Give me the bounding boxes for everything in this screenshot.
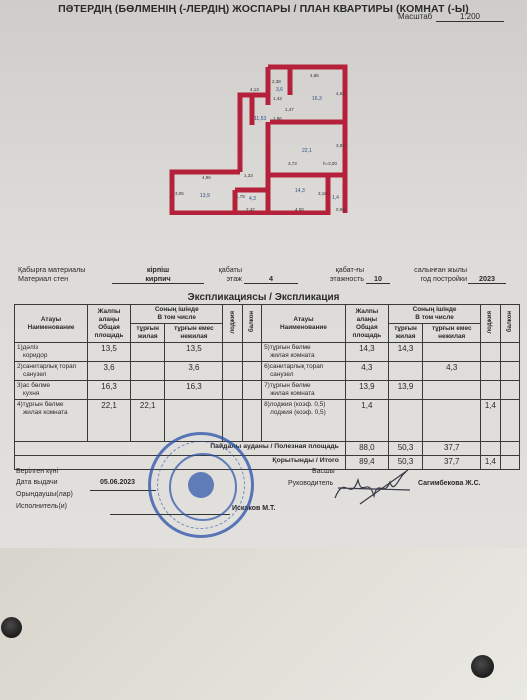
cell-total: 22,1 [88,400,131,442]
floors-value: 10 [366,274,390,284]
cell-balcony [500,381,519,400]
row-name: 1)дәлізкоридор [15,343,88,362]
table-row: 1)дәлізкоридор13,513,55)тұрғын бөлмежила… [15,343,520,362]
cell-living [131,343,165,362]
year-value: 2023 [468,274,506,284]
wall-background [0,548,527,700]
svg-text:14,3: 14,3 [295,188,305,194]
svg-text:h=3,00: h=3,00 [323,161,337,166]
cell-total: 16,3 [88,381,131,400]
stamp-emblem [188,472,214,498]
svg-text:1,43: 1,43 [273,96,282,101]
svg-text:4,96: 4,96 [202,175,211,180]
cell-nonliving: 4,3 [423,362,481,381]
cell-loggia [481,381,500,400]
table-row: 3)ас бөлмекухня16,316,37)тұрғын бөлмежил… [15,381,520,400]
floor-value: 4 [244,274,298,284]
official-stamp [148,432,254,538]
date-underline [90,490,156,491]
cell-loggia: 1,4 [481,400,500,442]
svg-text:3,05: 3,05 [175,191,184,196]
cell-total: 1,4 [345,400,388,442]
loggia-header: лоджия [223,305,242,343]
executor-label-kz: Орындаушы(лар) [16,491,73,498]
svg-text:4,3: 4,3 [249,196,256,202]
table-row: 4)тұрғын бөлмежилая комната22,122,18)лод… [15,400,520,442]
svg-text:2,38: 2,38 [272,79,281,84]
cell-loggia [481,362,500,381]
floor-label: қабатыэтаж [216,265,242,283]
cell-balcony [242,362,261,381]
cell-nonliving [423,381,481,400]
floor-plan: 4,85 2,38 1,43 4,62 4,13 1,96 1,47 3,85 … [160,55,360,215]
header-row-1: АтауыНаименование Жалпы алаңыОбщая площа… [15,305,520,324]
nonliving-header: тұрғын емеснежилая [165,324,223,343]
year-label: салынған жылыгод постройки [403,265,467,283]
svg-text:1,33: 1,33 [244,173,253,178]
svg-text:1,96: 1,96 [273,116,282,121]
svg-text:2,42: 2,42 [246,207,255,212]
row-name: 5)тұрғын бөлмежилая комната [262,343,346,362]
cell-balcony [242,343,261,362]
cell-total: 13,5 [88,343,131,362]
cell-nonliving: 13,5 [165,343,223,362]
cell-living [131,362,165,381]
cell-nonliving: 16,3 [165,381,223,400]
cell-loggia [223,400,242,442]
cell-nonliving [423,400,481,442]
cell-loggia [481,343,500,362]
balcony-header-2: балкон [500,305,519,343]
living-header: тұрғынжилая [131,324,165,343]
svg-text:4,50: 4,50 [295,207,304,212]
svg-text:13,9: 13,9 [200,193,210,199]
including-header: Соның ішіндеВ том числе [131,305,223,324]
svg-text:1,4: 1,4 [332,195,339,201]
total-header-2: Жалпы алаңыОбщая площадь [345,305,388,343]
cell-balcony [242,400,261,442]
table-row: 2)санитарлық торапсанузел3,63,66)санитар… [15,362,520,381]
svg-text:4,62: 4,62 [336,91,345,96]
screw-head-left [1,617,22,638]
floor-plan-drawing: 4,85 2,38 1,43 4,62 4,13 1,96 1,47 3,85 … [160,55,360,215]
explication-table: АтауыНаименование Жалпы алаңыОбщая площа… [14,304,520,470]
head-name: Сагимбекова Ж.С. [418,480,481,487]
scale-label: Масштаб [398,12,432,21]
row-name: 4)тұрғын бөлмежилая комната [15,400,88,442]
svg-text:3,85: 3,85 [336,143,345,148]
useful-area-row: Пайдалы ауданы / Полезная площадь 88,0 5… [15,442,520,456]
cell-nonliving: 3,6 [165,362,223,381]
cell-living [388,362,422,381]
issued-label-kz: Берілген күні [16,468,58,475]
cell-living [131,381,165,400]
including-header-2: Соның ішіндеВ том числе [388,305,480,324]
executor-label-ru: Исполнитель(и) [16,503,67,510]
svg-text:1,78: 1,78 [236,194,245,199]
wall-material-label: Қабырға материалыМатериал стен [18,265,85,283]
loggia-header-2: лоджия [481,305,500,343]
total-row: Қорытынды / Итого 89,4 50,3 37,7 1,4 [15,456,520,470]
cell-total: 13,9 [345,381,388,400]
nonliving-header-2: тұрғын емеснежилая [423,324,481,343]
name-header-2: АтауыНаименование [262,305,346,343]
cell-balcony [500,343,519,362]
cell-loggia [223,343,242,362]
cell-loggia [223,381,242,400]
total-header: Жалпы алаңыОбщая площадь [88,305,131,343]
cell-total: 14,3 [345,343,388,362]
svg-text:3,6: 3,6 [276,87,283,93]
cell-total: 4,3 [345,362,388,381]
head-label-ru: Руководитель [288,480,333,487]
balcony-header: балкон [242,305,261,343]
svg-text:4,85: 4,85 [310,73,319,78]
cell-living: 22,1 [131,400,165,442]
svg-text:0,98: 0,98 [336,207,345,212]
cell-balcony [500,362,519,381]
cell-nonliving [423,343,481,362]
row-name: 7)тұрғын бөлмежилая комната [262,381,346,400]
explication-title: Экспликациясы / Экспликация [0,292,527,303]
cell-living: 14,3 [388,343,422,362]
floors-label: қабат-ғыэтажность [318,265,364,283]
document-sheet: ПӘТЕРДІҢ (БӨЛМЕНІҢ (-ЛЕРДІҢ) ЖОСПАРЫ / П… [0,0,527,548]
issued-label-ru: Дата выдачи [16,479,58,486]
cell-balcony [500,400,519,442]
svg-text:11,53: 11,53 [254,116,266,122]
cell-total: 3,6 [88,362,131,381]
svg-text:1,47: 1,47 [285,107,294,112]
row-name: 3)ас бөлмекухня [15,381,88,400]
scale-value: 1:200 [436,12,504,22]
cell-living [388,400,422,442]
cell-living: 13,9 [388,381,422,400]
svg-text:16,3: 16,3 [312,96,322,102]
issued-date: 05.06.2023 [100,479,135,486]
row-name: 2)санитарлық торапсанузел [15,362,88,381]
row-name: 8)лоджия (коэф. 0,5)лоджия (коэф. 0,5) [262,400,346,442]
cell-loggia [223,362,242,381]
svg-text:22,1: 22,1 [302,148,312,154]
svg-text:3,18: 3,18 [318,191,327,196]
cell-balcony [242,381,261,400]
wall-material-value: кірпіш кирпич [112,265,204,284]
name-header: АтауыНаименование [15,305,88,343]
row-name: 6)санитарлық торапсанузел [262,362,346,381]
living-header-2: тұрғынжилая [388,324,422,343]
svg-text:3,73: 3,73 [288,161,297,166]
svg-text:4,13: 4,13 [250,87,259,92]
screw-head-right [471,655,494,678]
signature [330,468,415,508]
